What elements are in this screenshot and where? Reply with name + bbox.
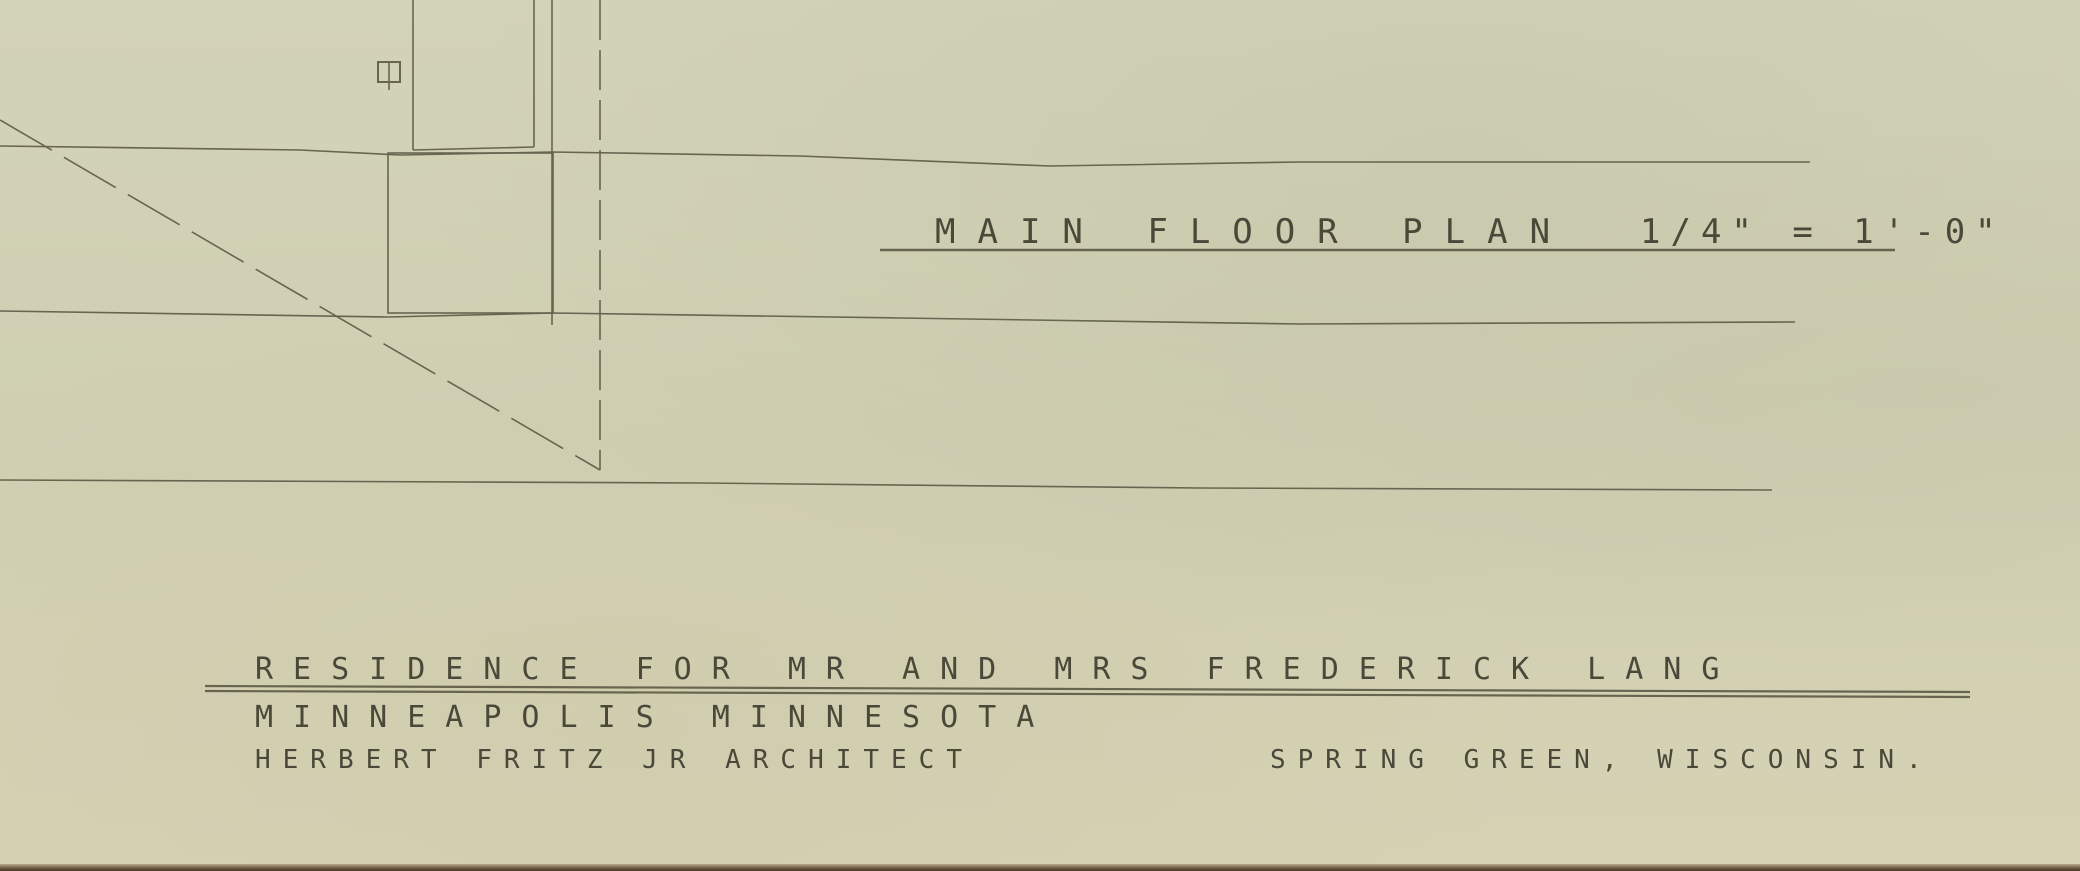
- title-block-location: SPRING GREEN, WISCONSIN.: [1270, 745, 1934, 775]
- drawing-scale: 1/4" = 1'-0": [1640, 212, 2006, 252]
- title-block-city: MINNEAPOLIS MINNESOTA: [255, 700, 1054, 735]
- title-block-architect: HERBERT FRITZ JR ARCHITECT: [255, 745, 974, 775]
- floor-plan-linework: [0, 0, 2080, 865]
- drawing-sheet: MAIN FLOOR PLAN 1/4" = 1'-0" RESIDENCE F…: [0, 0, 2080, 865]
- drawing-title: MAIN FLOOR PLAN: [935, 212, 1572, 252]
- title-block-client: RESIDENCE FOR MR AND MRS FREDERICK LANG: [255, 652, 1739, 687]
- sheet-bottom-edge: [0, 864, 2080, 871]
